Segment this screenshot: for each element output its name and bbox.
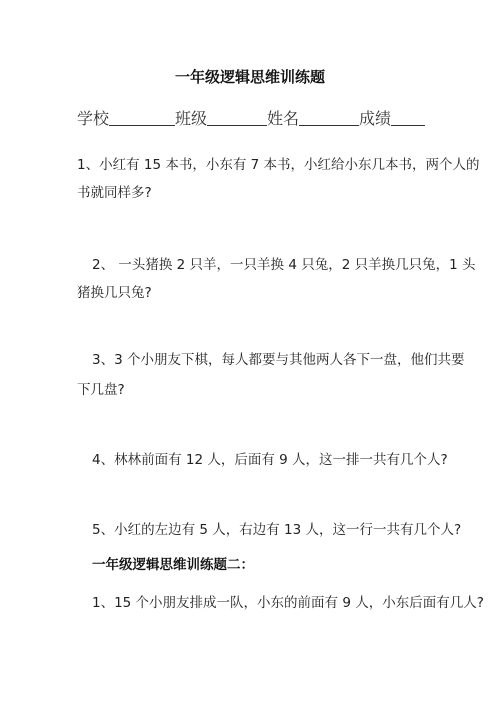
question-1-line-2: 书就同样多? (77, 185, 152, 201)
section-2-heading: 一年级逻辑思维训练题二： (92, 557, 254, 573)
name-blank (299, 109, 359, 126)
question-3-line-1: 3、3 个小朋友下棋，每人都要与其他两人各下一盘，他们共要 (92, 352, 464, 368)
question-5-line-1: 5、小红的左边有 5 人，右边有 13 人，这一行一共有几个人? (92, 522, 461, 538)
question-2-line-1: 2、 一头猪换 2 只羊，一只羊换 4 只兔，2 只羊换几只兔，1 头 (92, 257, 475, 273)
section-2-question-1-line-1: 1、15 个小朋友排成一队，小东的前面有 9 人，小东后面有几人? (92, 595, 484, 611)
score-blank (391, 109, 425, 126)
school-blank (109, 109, 175, 126)
worksheet-title: 一年级逻辑思维训练题 (0, 66, 500, 87)
name-label: 姓名 (267, 109, 299, 128)
class-label: 班级 (175, 109, 207, 128)
school-label: 学校 (77, 109, 109, 128)
question-3-line-2: 下几盘? (77, 382, 125, 398)
question-1-line-1: 1、小红有 15 本书，小东有 7 本书，小红给小东几本书，两个人的 (77, 157, 480, 173)
class-blank (207, 109, 267, 126)
info-fields-row: 学校班级姓名成绩 (77, 106, 425, 129)
question-4-line-1: 4、林林前面有 12 人，后面有 9 人，这一排一共有几个人? (92, 452, 448, 468)
score-label: 成绩 (359, 109, 391, 128)
question-2-line-2: 猪换几只兔? (77, 285, 152, 301)
